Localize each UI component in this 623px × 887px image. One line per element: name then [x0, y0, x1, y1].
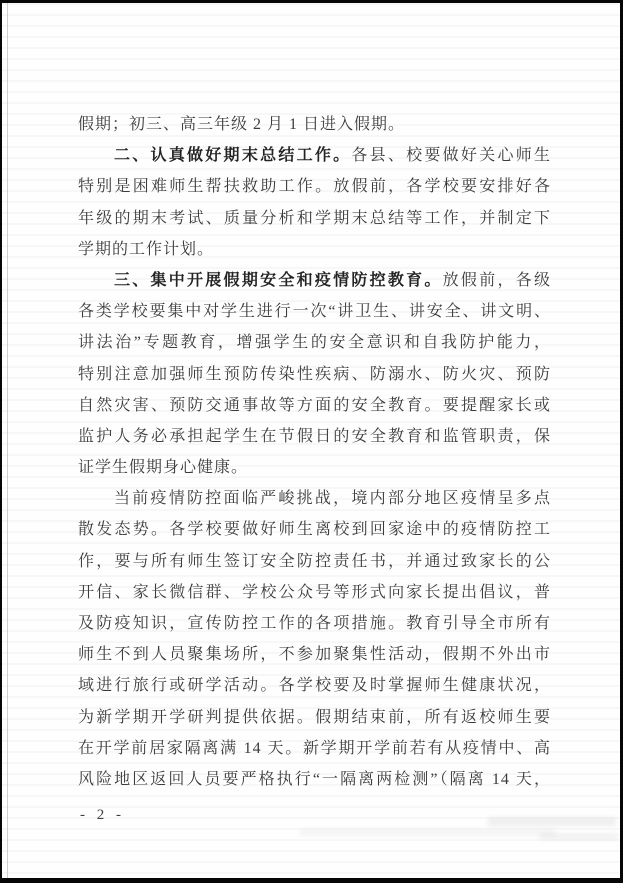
text-segment: 自然灾害、预防交通事故等方面的安全教育。要提醒家长或	[78, 397, 551, 414]
text-segment: 假期；初三、高三年级 2 月 1 日进入假期。	[78, 116, 405, 133]
text-segment: 年级的期末考试、质量分析和学期末总结等工作，并制定下	[78, 210, 551, 227]
text-line: 假期；初三、高三年级 2 月 1 日进入假期。	[78, 109, 551, 140]
text-segment: 放假前，各级	[443, 272, 551, 289]
text-line: 监护人务必承担起学生在节假日的安全教育和监管职责，保	[78, 421, 551, 452]
text-segment: 开信、家长微信群、学校公众号等形式向家长提出倡议，普	[78, 584, 551, 601]
heading-segment: 二、认真做好期末总结工作。	[114, 147, 351, 164]
text-line: 特别注意加强师生预防传染性疾病、防溺水、防火灾、预防	[78, 359, 551, 390]
text-segment: 特别是困难师生帮扶救助工作。放假前，各学校要安排好各	[78, 178, 551, 195]
text-body: 假期；初三、高三年级 2 月 1 日进入假期。二、认真做好期末总结工作。各县、校…	[78, 109, 551, 795]
text-line: 各类学校要集中对学生进行一次“讲卫生、讲安全、讲文明、	[78, 296, 551, 327]
text-segment: 在开学前居家隔离满 14 天。新学期开学前若有从疫情中、高	[78, 740, 551, 757]
text-line: 二、认真做好期末总结工作。各县、校要做好关心师生	[78, 140, 551, 171]
text-segment: 师生不到人员聚集场所，不参加聚集性活动，假期不外出市	[78, 646, 551, 663]
text-line: 域进行旅行或研学活动。各学校要及时掌握师生健康状况，	[78, 670, 551, 701]
text-segment: 各类学校要集中对学生进行一次“讲卫生、讲安全、讲文明、	[78, 303, 551, 320]
text-line: 年级的期末考试、质量分析和学期末总结等工作，并制定下	[78, 203, 551, 234]
text-line: 证学生假期身心健康。	[78, 452, 551, 483]
text-line: 当前疫情防控面临严峻挑战，境内部分地区疫情呈多点	[78, 483, 551, 514]
text-line: 为新学期开学研判提供依据。假期结束前，所有返校师生要	[78, 702, 551, 733]
text-line: 在开学前居家隔离满 14 天。新学期开学前若有从疫情中、高	[78, 733, 551, 764]
text-line: 特别是困难师生帮扶救助工作。放假前，各学校要安排好各	[78, 171, 551, 202]
text-segment: 当前疫情防控面临严峻挑战，境内部分地区疫情呈多点	[114, 490, 551, 507]
text-line: 自然灾害、预防交通事故等方面的安全教育。要提醒家长或	[78, 390, 551, 421]
heading-segment: 三、集中开展假期安全和疫情防控教育。	[114, 272, 443, 289]
text-segment: 作，要与所有师生签订安全防控责任书，并通过致家长的公	[78, 553, 551, 570]
text-line: 风险地区返回人员要严格执行“一隔离两检测”（隔离 14 天，	[78, 764, 551, 795]
text-segment: 学期的工作计划。	[78, 241, 214, 258]
text-segment: 监护人务必承担起学生在节假日的安全教育和监管职责，保	[78, 428, 551, 445]
text-line: 学期的工作计划。	[78, 234, 551, 265]
text-segment: 为新学期开学研判提供依据。假期结束前，所有返校师生要	[78, 709, 551, 726]
text-segment: 及防疫知识，宣传防控工作的各项措施。教育引导全市所有	[78, 615, 551, 632]
page-edge-line	[7, 3, 8, 878]
page-number: - 2 -	[80, 804, 125, 826]
text-line: 开信、家长微信群、学校公众号等形式向家长提出倡议，普	[78, 577, 551, 608]
text-line: 师生不到人员聚集场所，不参加聚集性活动，假期不外出市	[78, 639, 551, 670]
text-line: 讲法治”专题教育，增强学生的安全意识和自我防护能力，	[78, 327, 551, 358]
text-line: 及防疫知识，宣传防控工作的各项措施。教育引导全市所有	[78, 608, 551, 639]
scanned-document-page: { "page": { "number_label": "- 2 -" }, "…	[0, 0, 623, 887]
text-segment: 各县、校要做好关心师生	[351, 147, 551, 164]
text-segment: 散发态势。各学校要做好师生离校到回家途中的疫情防控工	[78, 521, 551, 538]
text-segment: 证学生假期身心健康。	[78, 459, 248, 476]
text-line: 散发态势。各学校要做好师生离校到回家途中的疫情防控工	[78, 514, 551, 545]
text-segment: 特别注意加强师生预防传染性疾病、防溺水、防火灾、预防	[78, 366, 551, 383]
text-line: 三、集中开展假期安全和疫情防控教育。放假前，各级	[78, 265, 551, 296]
text-segment: 风险地区返回人员要严格执行“一隔离两检测”（隔离 14 天，	[78, 771, 551, 788]
text-segment: 域进行旅行或研学活动。各学校要及时掌握师生健康状况，	[78, 677, 551, 694]
text-line: 作，要与所有师生签订安全防控责任书，并通过致家长的公	[78, 546, 551, 577]
text-segment: 讲法治”专题教育，增强学生的安全意识和自我防护能力，	[78, 334, 551, 351]
